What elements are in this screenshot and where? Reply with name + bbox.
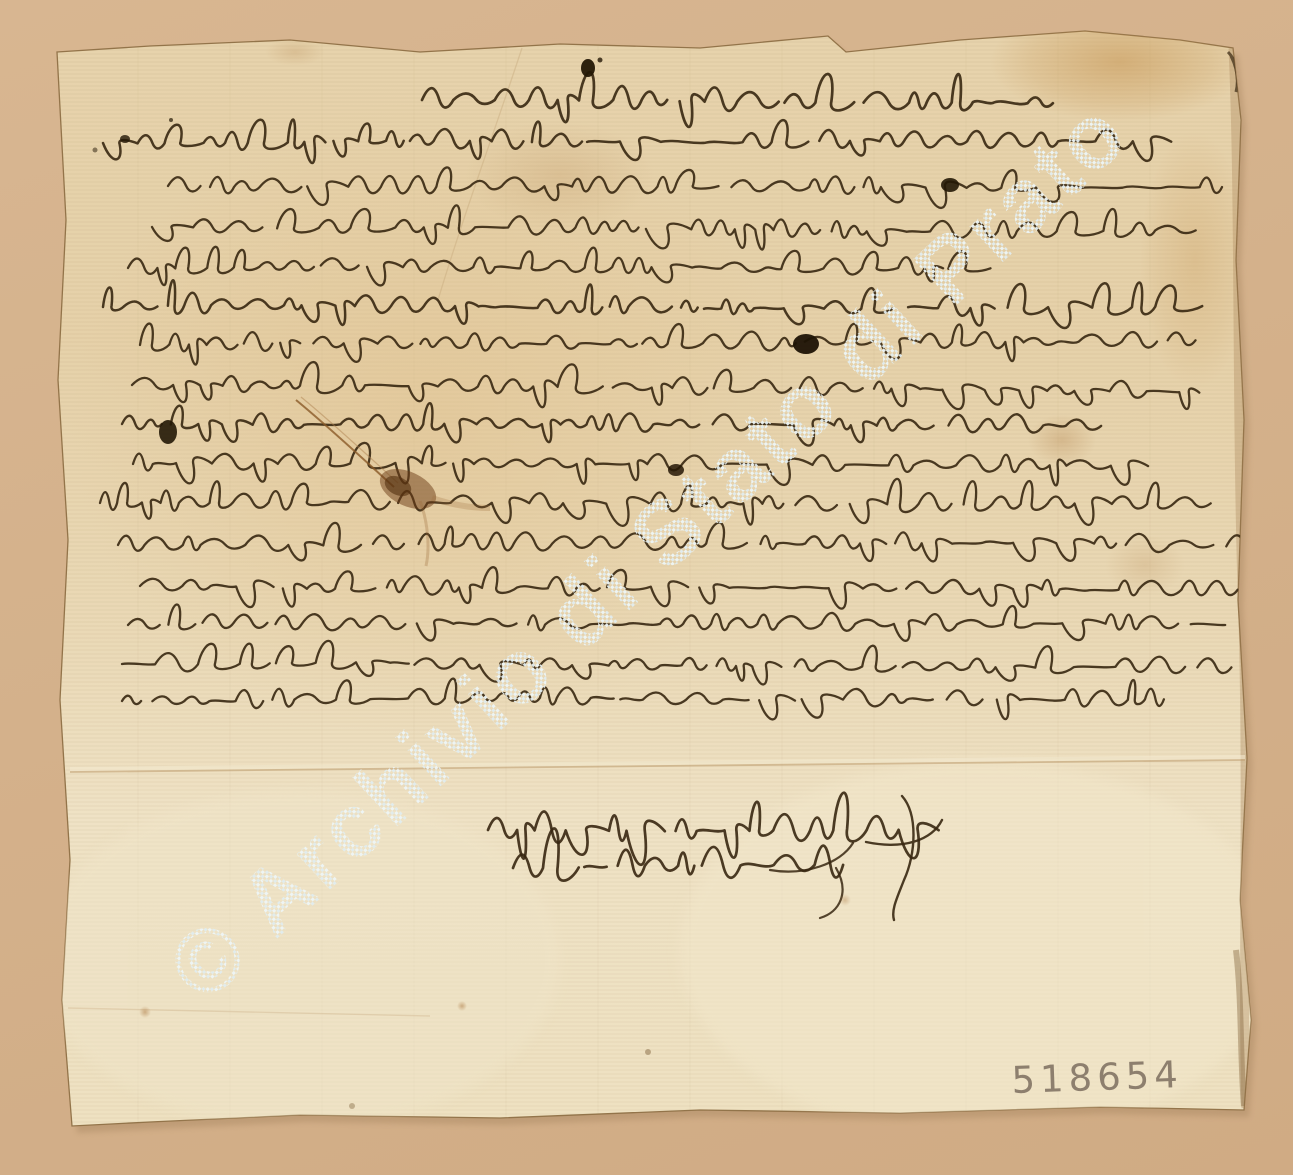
scan-canvas: © Archivio di Stato di Prato 518654 <box>0 0 1293 1175</box>
corner-stain <box>990 2 1250 122</box>
ink-blot <box>941 178 959 192</box>
ink-speck <box>169 118 173 122</box>
ink-blot <box>120 135 130 143</box>
foxing-spot <box>645 1049 651 1055</box>
foxing-spot <box>349 1103 355 1109</box>
ink-speck <box>598 58 603 63</box>
ink-speck <box>93 148 98 153</box>
foxing-spot <box>839 894 851 906</box>
stain <box>1028 414 1096 466</box>
manuscript-scan: © Archivio di Stato di Prato 518654 <box>0 0 1293 1175</box>
foxing-spot <box>139 1006 151 1018</box>
ink-blot <box>159 420 177 444</box>
foxing-spot <box>457 1001 467 1011</box>
light-patch <box>680 760 1280 1140</box>
archival-number-pencil: 518654 <box>1011 1053 1184 1102</box>
ink-blot <box>581 59 595 77</box>
